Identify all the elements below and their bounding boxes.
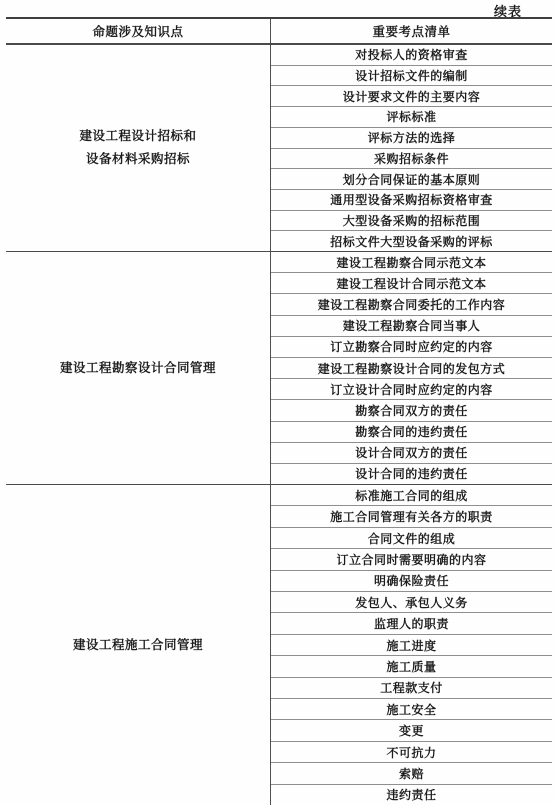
point-row: 建设工程勘察设计合同的发包方式 [271, 357, 552, 378]
document-page: 续表 命题涉及知识点 重要考点清单 建设工程设计招标和 设备材料采购招标对投标人… [0, 0, 554, 805]
points-column: 建设工程勘察合同示范文本建设工程设计合同示范文本建设工程勘察合同委托的工作内容建… [271, 252, 552, 484]
point-row: 大型设备采购的招标范围 [271, 210, 552, 231]
point-row: 施工质量 [271, 655, 552, 676]
exam-key-points-table: 命题涉及知识点 重要考点清单 建设工程设计招标和 设备材料采购招标对投标人的资格… [6, 17, 552, 805]
point-row: 评标方法的选择 [271, 127, 552, 148]
table-header-row: 命题涉及知识点 重要考点清单 [6, 19, 552, 45]
point-row: 订立合同时需要明确的内容 [271, 548, 552, 569]
topic-group: 建设工程施工合同管理标准施工合同的组成施工合同管理有关各方的职责合同文件的组成订… [6, 484, 552, 805]
point-row: 建设工程勘察合同委托的工作内容 [271, 293, 552, 314]
points-column: 标准施工合同的组成施工合同管理有关各方的职责合同文件的组成订立合同时需要明确的内… [271, 485, 552, 805]
point-row: 建设工程勘察合同当事人 [271, 315, 552, 336]
point-row: 索赔 [271, 762, 552, 783]
point-row: 工程款支付 [271, 677, 552, 698]
point-row: 施工进度 [271, 634, 552, 655]
point-row: 采购招标条件 [271, 148, 552, 169]
point-row: 设计合同双方的责任 [271, 442, 552, 463]
point-row: 违约责任 [271, 784, 552, 805]
point-row: 标准施工合同的组成 [271, 485, 552, 505]
point-row: 评标标准 [271, 106, 552, 127]
point-row: 明确保险责任 [271, 570, 552, 591]
header-key-points-list: 重要考点清单 [271, 19, 552, 43]
topic-group: 建设工程勘察设计合同管理建设工程勘察合同示范文本建设工程设计合同示范文本建设工程… [6, 251, 552, 484]
point-row: 建设工程勘察合同示范文本 [271, 252, 552, 272]
point-row: 设计招标文件的编制 [271, 65, 552, 86]
topic-cell: 建设工程设计招标和 设备材料采购招标 [6, 45, 271, 251]
point-row: 变更 [271, 719, 552, 740]
point-row: 勘察合同的违约责任 [271, 421, 552, 442]
point-row: 建设工程设计合同示范文本 [271, 272, 552, 293]
header-knowledge-points: 命题涉及知识点 [6, 19, 271, 43]
point-row: 勘察合同双方的责任 [271, 399, 552, 420]
topic-cell: 建设工程施工合同管理 [6, 485, 271, 805]
point-row: 设计要求文件的主要内容 [271, 85, 552, 106]
point-row: 施工安全 [271, 698, 552, 719]
point-row: 通用型设备采购招标资格审查 [271, 189, 552, 210]
point-row: 施工合同管理有关各方的职责 [271, 505, 552, 526]
table-body: 建设工程设计招标和 设备材料采购招标对投标人的资格审查设计招标文件的编制设计要求… [6, 45, 552, 805]
point-row: 设计合同的违约责任 [271, 463, 552, 484]
topic-cell: 建设工程勘察设计合同管理 [6, 252, 271, 484]
point-row: 对投标人的资格审查 [271, 45, 552, 65]
point-row: 发包人、承包人义务 [271, 591, 552, 612]
topic-group: 建设工程设计招标和 设备材料采购招标对投标人的资格审查设计招标文件的编制设计要求… [6, 45, 552, 251]
point-row: 招标文件大型设备采购的评标 [271, 230, 552, 251]
point-row: 不可抗力 [271, 741, 552, 762]
points-column: 对投标人的资格审查设计招标文件的编制设计要求文件的主要内容评标标准评标方法的选择… [271, 45, 552, 251]
point-row: 合同文件的组成 [271, 527, 552, 548]
point-row: 订立设计合同时应约定的内容 [271, 378, 552, 399]
point-row: 订立勘察合同时应约定的内容 [271, 336, 552, 357]
point-row: 划分合同保证的基本原则 [271, 168, 552, 189]
point-row: 监理人的职责 [271, 612, 552, 633]
